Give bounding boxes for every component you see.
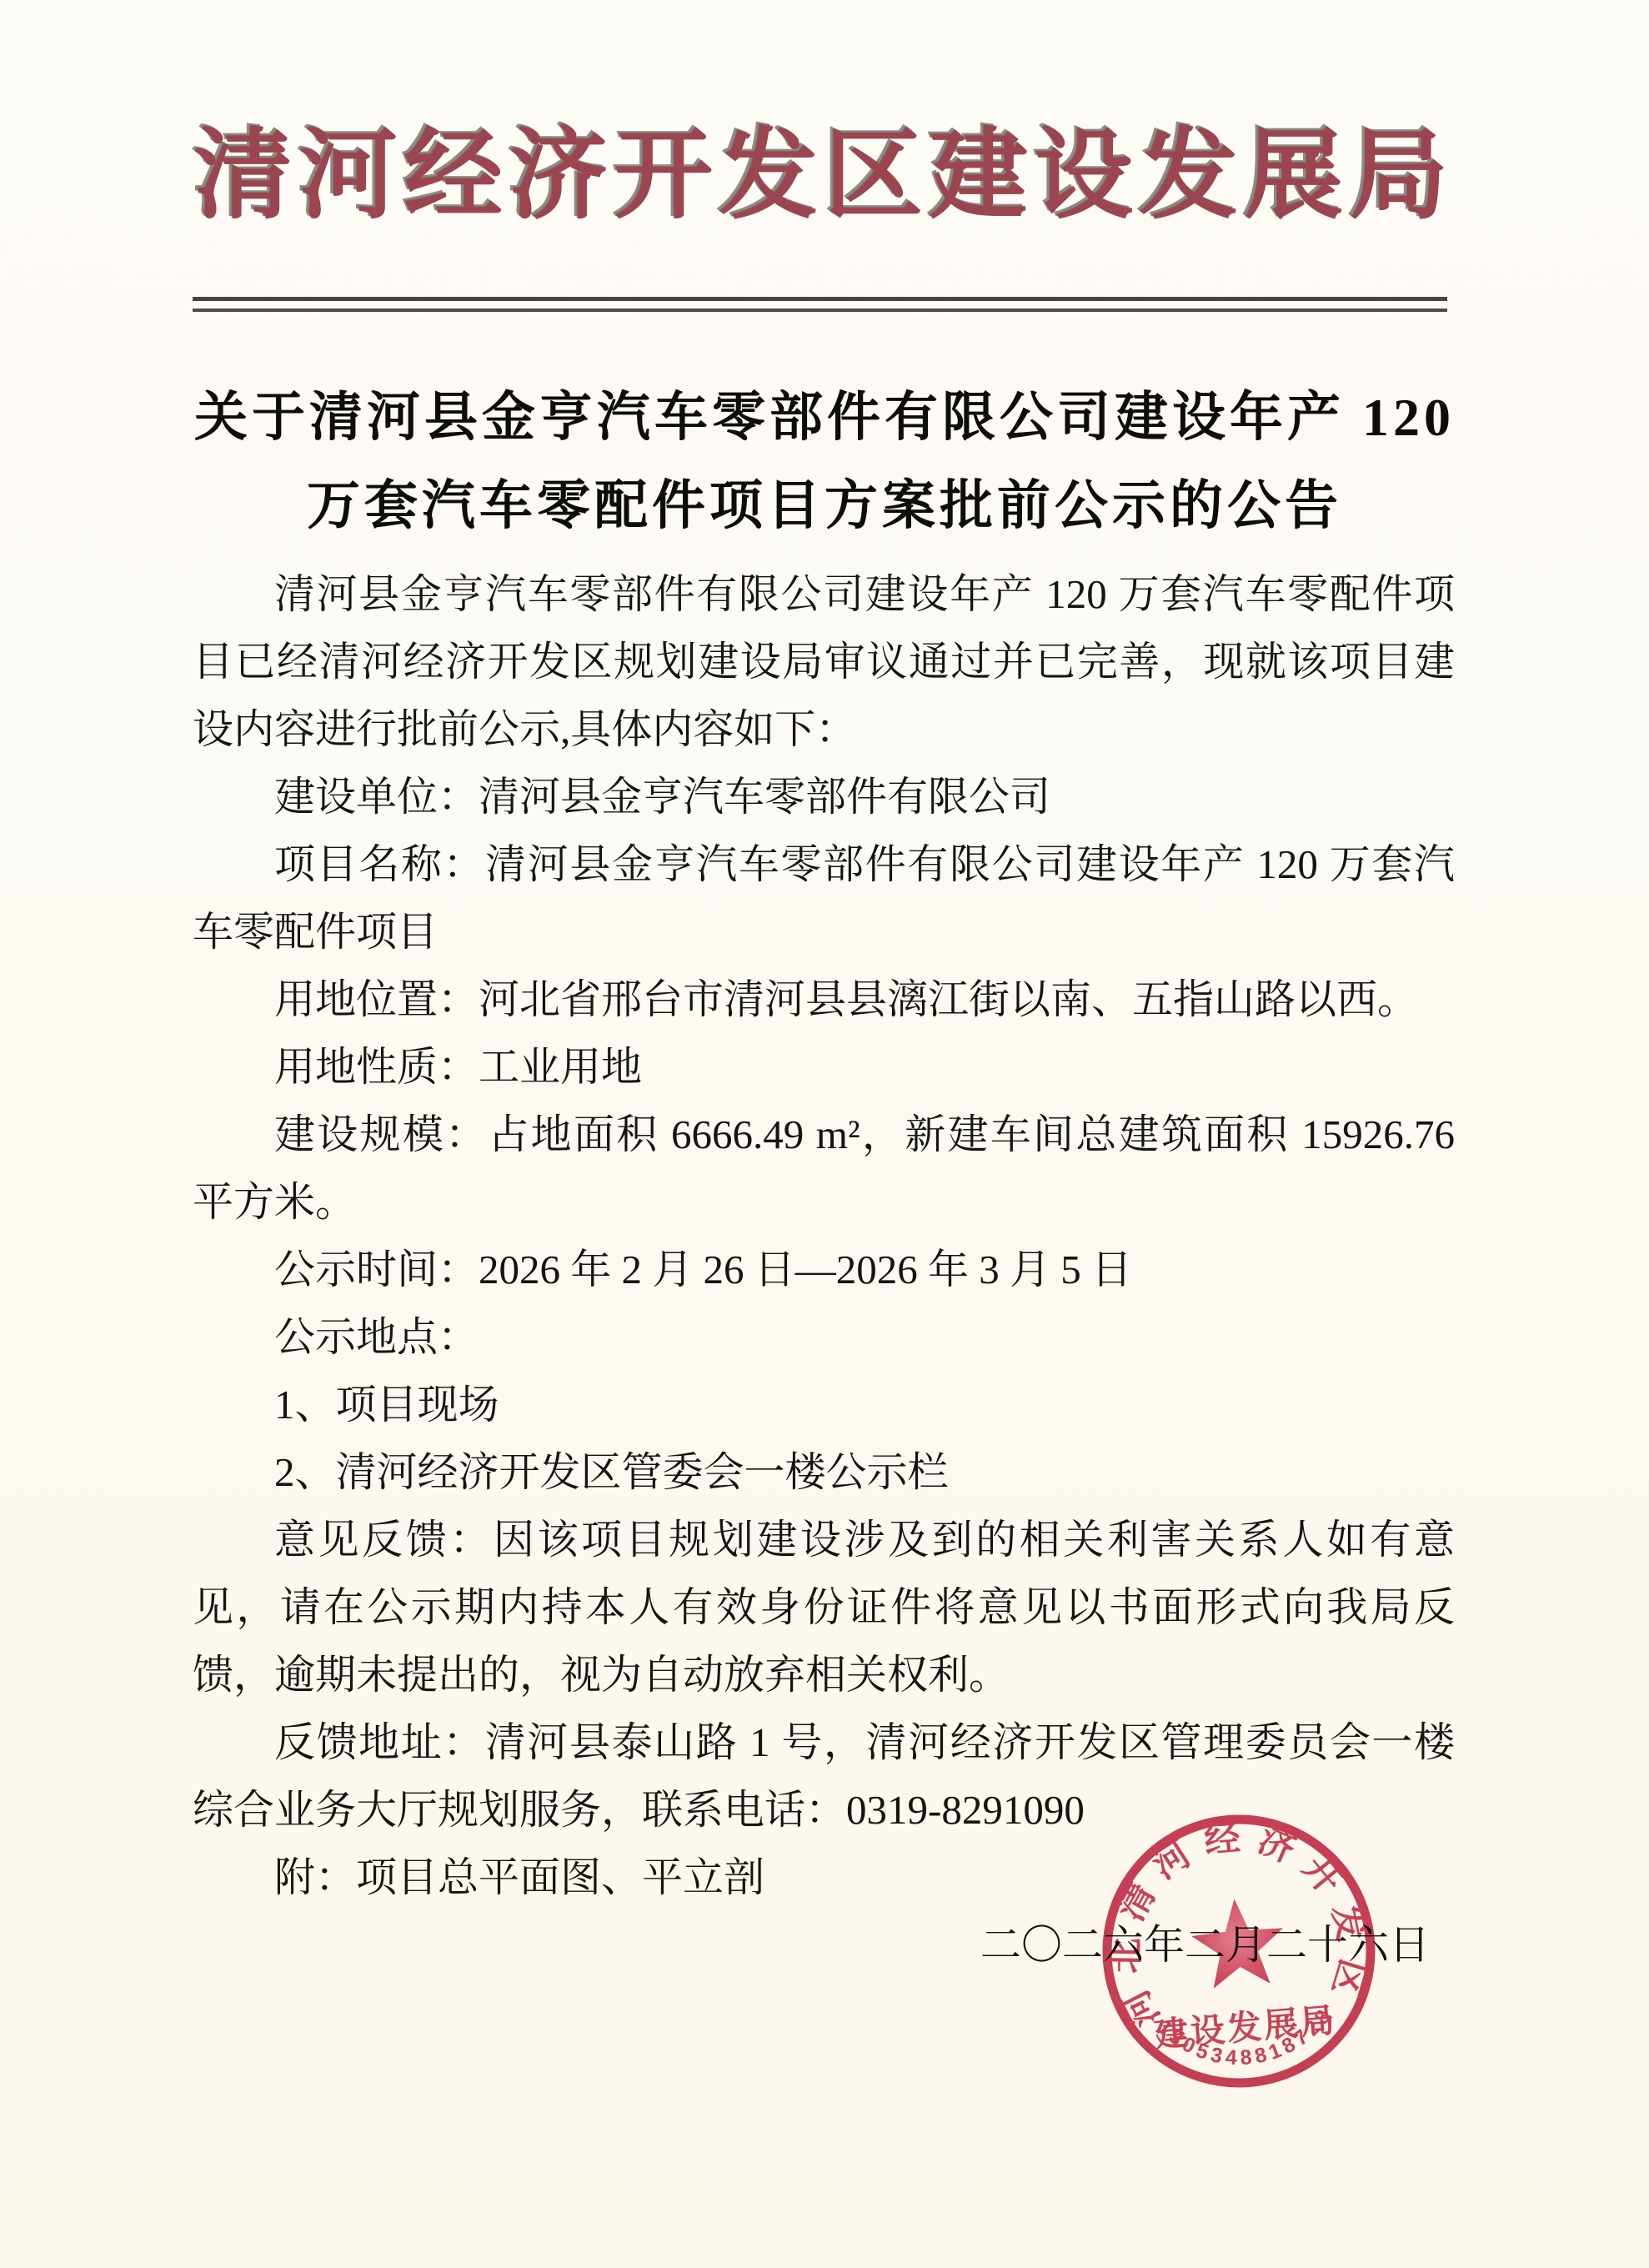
document-page: 清河经济开发区建设发展局 关于清河县金亨汽车零部件有限公司建设年产 120 万套…	[0, 0, 1649, 2268]
document-body: 清河县金亨汽车零部件有限公司建设年产 120 万套汽车零配件项目已经清河经济开发…	[193, 560, 1455, 1979]
seal-star-icon	[1189, 1894, 1288, 1990]
body-paragraph: 清河县金亨汽车零部件有限公司建设年产 120 万套汽车零配件项目已经清河经济开发…	[193, 560, 1455, 763]
body-paragraph: 建设规模：占地面积 6666.49 m²，新建车间总建筑面积 15926.76 …	[193, 1101, 1455, 1236]
official-seal-graphic: 河北清河经济开发区 建设发展局 1305348818728	[1084, 1796, 1395, 2107]
body-paragraph: 用地性质：工业用地	[193, 1033, 1455, 1101]
body-paragraph: 公示时间：2026 年 2 月 26 日—2026 年 3 月 5 日	[193, 1236, 1455, 1303]
body-paragraph: 建设单位：清河县金亨汽车零部件有限公司	[193, 763, 1455, 830]
body-paragraph: 2、清河经济开发区管委会一楼公示栏	[193, 1438, 1455, 1506]
document-title: 关于清河县金亨汽车零部件有限公司建设年产 120 万套汽车零配件项目方案批前公示…	[100, 374, 1549, 550]
body-paragraph: 用地位置：河北省邢台市清河县县漓江街以南、五指山路以西。	[193, 966, 1455, 1033]
body-paragraph: 意见反馈：因该项目规划建设涉及到的相关利害关系人如有意见，请在公示期内持本人有效…	[193, 1506, 1455, 1709]
body-paragraph: 项目名称：清河县金亨汽车零部件有限公司建设年产 120 万套汽车零配件项目	[193, 830, 1455, 966]
document-title-line-1: 关于清河县金亨汽车零部件有限公司建设年产 120	[100, 374, 1549, 462]
body-paragraph: 1、项目现场	[193, 1371, 1455, 1438]
body-paragraph: 公示地点：	[193, 1303, 1455, 1371]
double-rule	[193, 297, 1447, 312]
letterhead-title: 清河经济开发区建设发展局	[0, 125, 1649, 228]
official-seal: 河北清河经济开发区 建设发展局 1305348818728	[1084, 1796, 1395, 2107]
document-title-line-2: 万套汽车零配件项目方案批前公示的公告	[100, 462, 1549, 550]
